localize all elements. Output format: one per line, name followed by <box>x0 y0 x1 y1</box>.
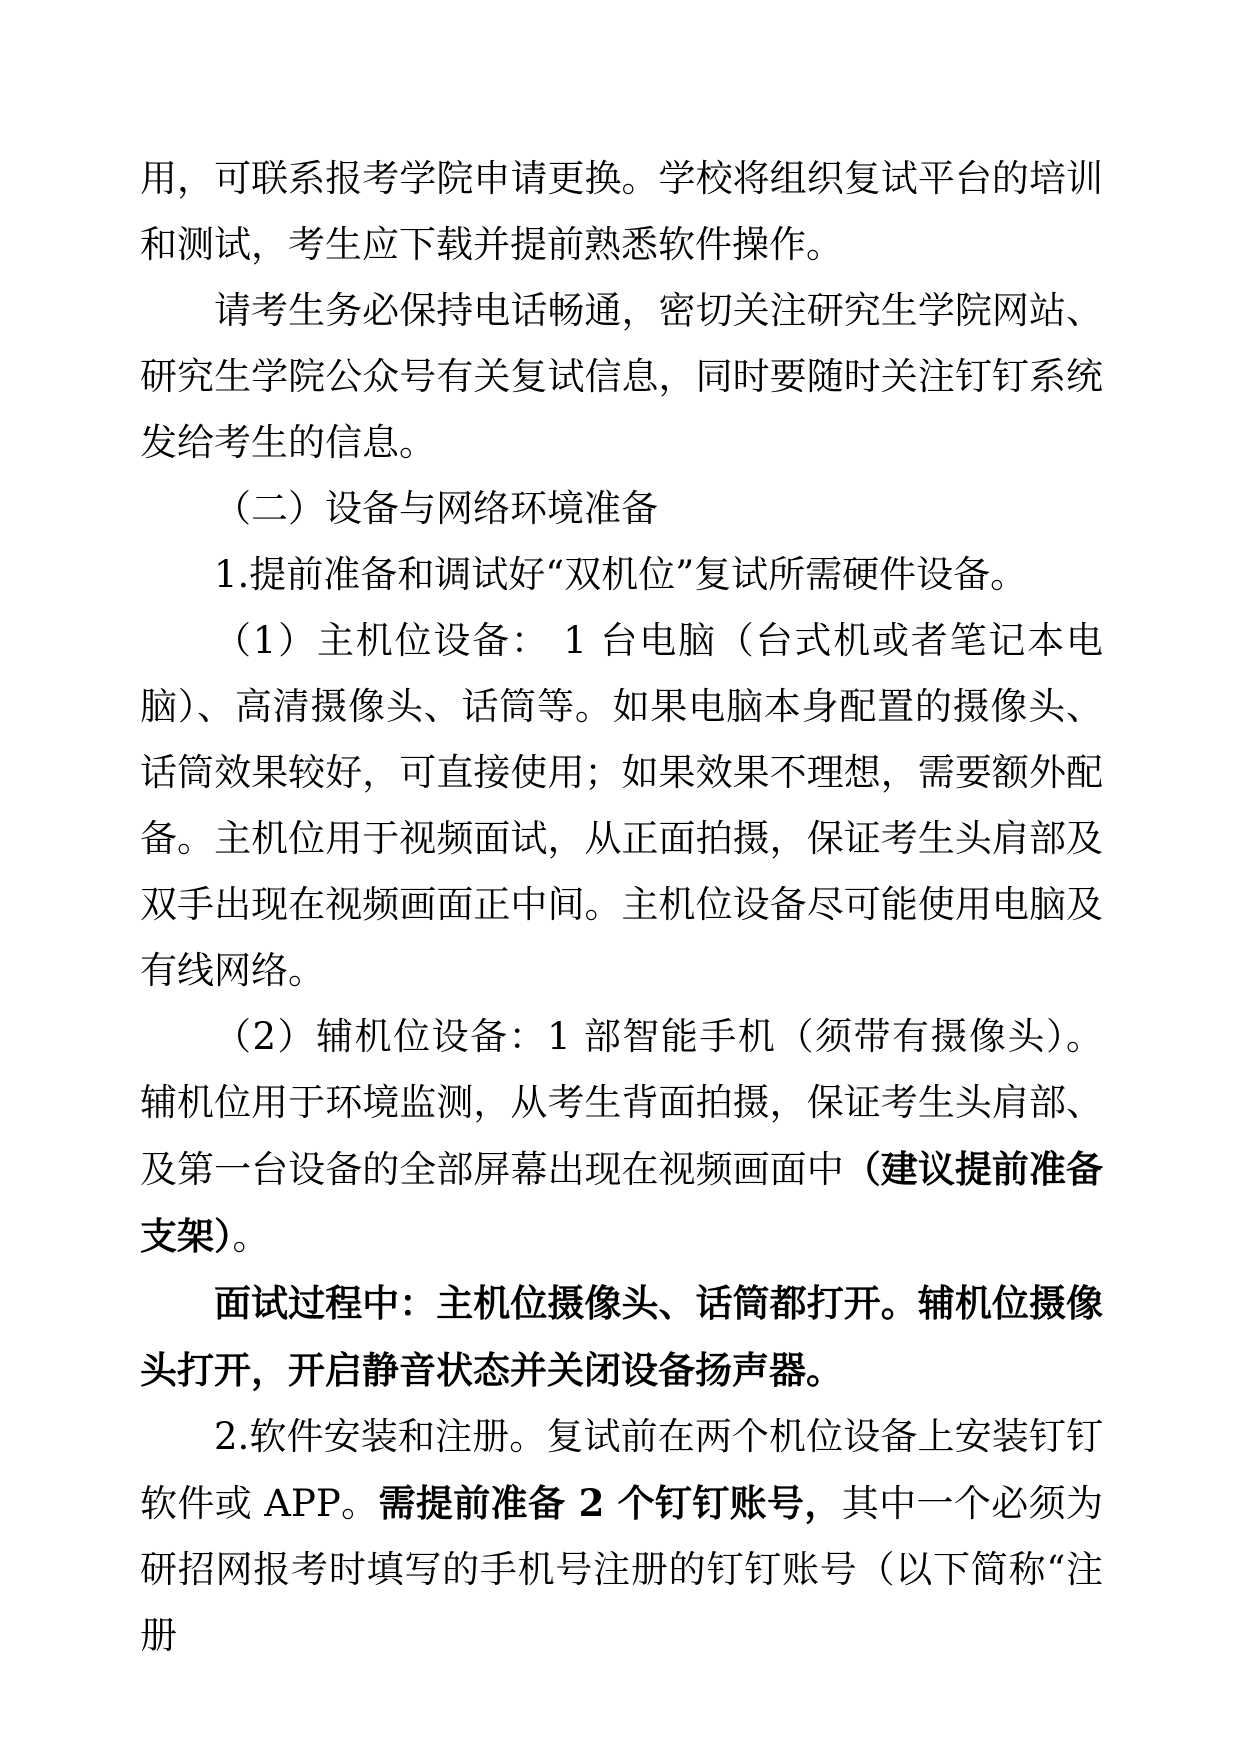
text-segment: 用，可联系报考学院申请更换。学校将组织复试平台的培训和测试，考生应下载并提前熟悉… <box>140 157 1103 266</box>
bold-text-segment: 面试过程中：主机位摄像头、话筒都打开。辅机位摄像头打开，开启静音状态并关闭设备扬… <box>140 1281 1103 1392</box>
document-page: 用，可联系报考学院申请更换。学校将组织复试平台的培训和测试，考生应下载并提前熟悉… <box>140 146 1103 1669</box>
paragraph: 1.提前准备和调试好“双机位”复试所需硬件设备。 <box>140 542 1103 608</box>
bold-text-segment: 需提前准备 2 个钉钉账号， <box>378 1481 841 1525</box>
document-viewport: { "document": { "language": "zh-CN", "ba… <box>0 0 1240 1753</box>
paragraph: 面试过程中：主机位摄像头、话筒都打开。辅机位摄像头打开，开启静音状态并关闭设备扬… <box>140 1270 1103 1404</box>
text-segment: （1）主机位设备： 1 台电脑（台式机或者笔记本电脑）、高清摄像头、话筒等。如果… <box>140 619 1103 992</box>
paragraph: （1）主机位设备： 1 台电脑（台式机或者笔记本电脑）、高清摄像头、话筒等。如果… <box>140 608 1103 1004</box>
paragraph: 2.软件安装和注册。复试前在两个机位设备上安装钉钉软件或 APP。需提前准备 2… <box>140 1404 1103 1669</box>
text-segment: （二）设备与网络环境准备 <box>214 487 658 530</box>
paragraph: 用，可联系报考学院申请更换。学校将组织复试平台的培训和测试，考生应下载并提前熟悉… <box>140 146 1103 278</box>
paragraph: （二）设备与网络环境准备 <box>140 476 1103 542</box>
paragraph: 请考生务必保持电话畅通，密切关注研究生学院网站、研究生学院公众号有关复试信息，同… <box>140 278 1103 476</box>
paragraph: （2）辅机位设备：1 部智能手机（须带有摄像头）。辅机位用于环境监测，从考生背面… <box>140 1004 1103 1270</box>
text-segment: 1.提前准备和调试好“双机位”复试所需硬件设备。 <box>214 553 1027 596</box>
text-segment: 。 <box>233 1215 270 1258</box>
text-segment: 请考生务必保持电话畅通，密切关注研究生学院网站、研究生学院公众号有关复试信息，同… <box>140 289 1103 464</box>
